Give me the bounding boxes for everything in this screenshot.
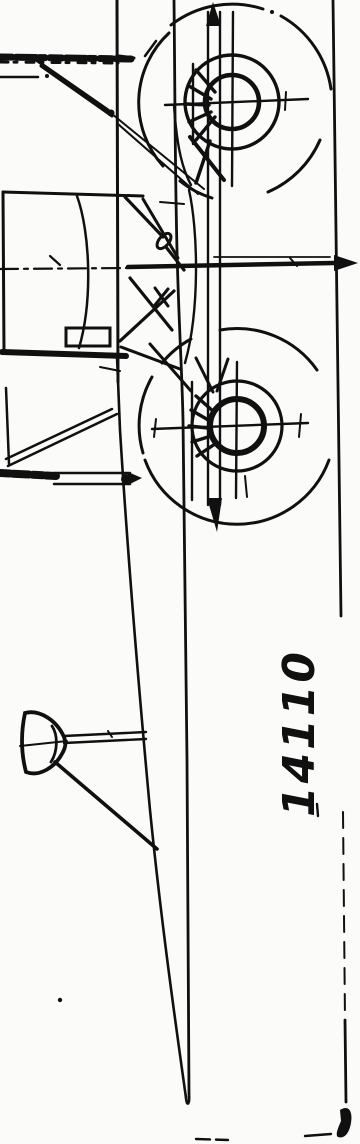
lower-diagonal-strut-a — [6, 409, 112, 459]
dimension-line — [317, 0, 352, 1137]
centerline-bar — [128, 263, 334, 267]
axle-hatched-band — [0, 473, 56, 476]
wheel-assembly-top — [139, 4, 331, 198]
centerline-dashdot — [0, 268, 128, 269]
crosshair-tick-top — [285, 92, 286, 110]
crosshair-tick-right — [299, 414, 301, 437]
axle-arrowhead — [128, 472, 142, 485]
bottom-dash-left — [196, 1139, 228, 1140]
tail-skid-strut-upper-b — [64, 739, 146, 743]
ink-speck — [45, 74, 49, 78]
panel-right-edge — [117, 0, 118, 382]
wheel-assembly-bottom — [139, 329, 329, 525]
propeller-arc-top-right-2 — [220, 329, 317, 370]
dimension-end-hook — [337, 1108, 352, 1137]
hub-strut-upper-a — [196, 358, 213, 392]
hub-spoke — [196, 117, 215, 140]
tail-skid-strut-upper-a — [64, 732, 146, 736]
truss-strut-e — [121, 347, 180, 369]
crosshair-vertical-bottom — [236, 362, 237, 498]
spar-stub — [119, 56, 134, 58]
tapering-surface — [58, 0, 331, 1140]
crosshair-extension-tick — [245, 476, 247, 497]
dimension-line-upper — [333, 0, 341, 616]
diagonal-strut-upper-b — [41, 66, 112, 116]
propeller-arc-bottom-right — [268, 140, 320, 192]
short-dash — [160, 202, 184, 204]
propeller-arc-top-right — [281, 16, 331, 89]
panel-top-edge — [3, 192, 143, 196]
hatched-spar-band — [0, 57, 131, 59]
tail-skid-strut-diagonal — [55, 762, 157, 849]
dimension-line-lower — [345, 1020, 346, 1102]
crosshair-horizontal-bottom — [152, 423, 308, 429]
panel-sub-box — [66, 328, 110, 346]
blade-tip-bottom-arrowhead — [207, 498, 222, 532]
tail-skid — [20, 712, 157, 849]
hatched-spar-band-2 — [0, 62, 118, 63]
line-art-canvas — [0, 0, 360, 1144]
arc-dot — [270, 10, 274, 14]
panel-left-edge — [3, 192, 4, 352]
dimension-line-lower-dashed — [343, 812, 345, 1020]
truss-strut-f — [150, 344, 191, 391]
lower-diagonal-strut-b — [8, 414, 117, 466]
lower-edge-line — [6, 388, 9, 464]
taper-left-edge — [117, 356, 186, 1098]
panel-bottom-edge — [2, 352, 126, 356]
centerline-tick-left — [50, 256, 60, 265]
propeller-arc-left-2 — [139, 377, 152, 453]
scanned-drawing-page: 14110 — [0, 0, 360, 1144]
hub-strut-upper-b — [217, 359, 228, 391]
tail-skid-axis — [20, 741, 67, 746]
crosshair-vertical-top — [232, 12, 233, 186]
tail-skid-inner-curve — [51, 726, 56, 762]
diagonal-strut-upper-a — [36, 60, 108, 110]
dimension-label: 14110 — [274, 648, 326, 818]
hub-spoke — [186, 104, 209, 105]
nacelle-curve-lower — [185, 190, 196, 363]
taper-tip — [186, 1094, 189, 1104]
hub-spoke — [189, 426, 208, 428]
bottom-dash-right — [305, 1134, 331, 1136]
crosshair-tick-left — [154, 419, 156, 437]
ink-speck — [58, 998, 62, 1002]
panel-inner-curve — [77, 196, 88, 348]
